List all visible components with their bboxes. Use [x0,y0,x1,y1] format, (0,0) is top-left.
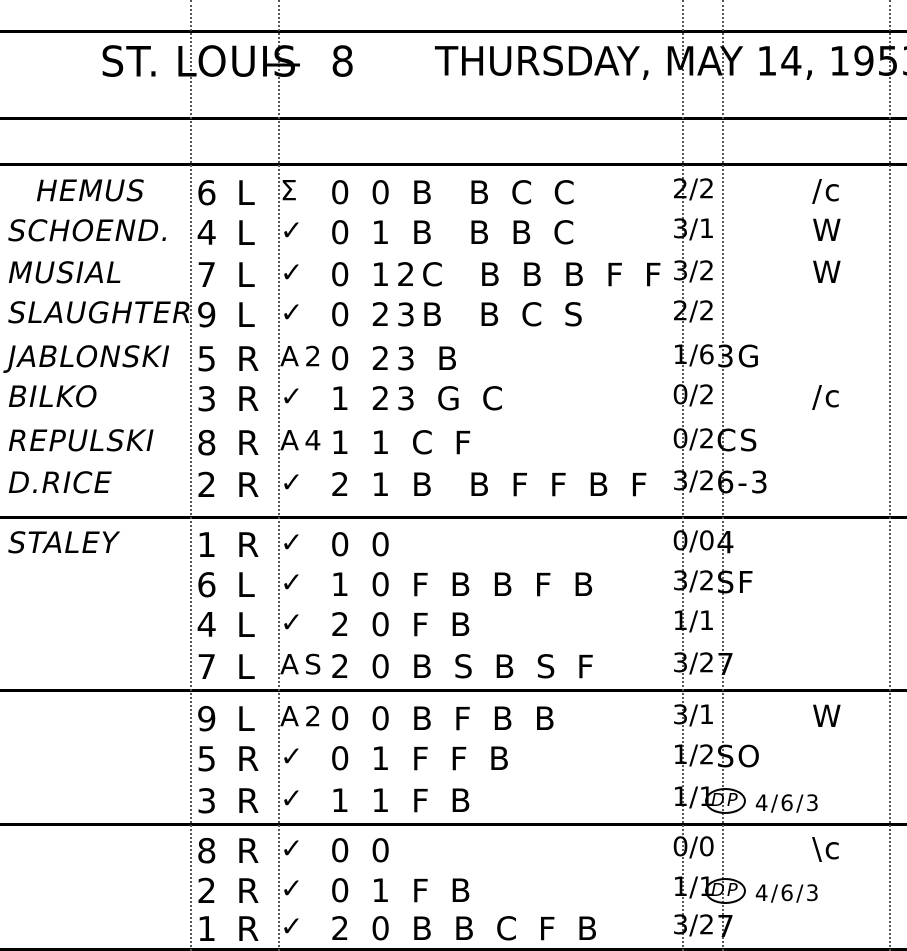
plate-appearance-type: ✓ [280,526,308,559]
dp-circle-icon: DP [705,878,746,904]
result-note: SF [716,566,756,601]
batting-side: R [236,910,262,950]
balls-strikes-count: 3/1 [672,700,715,731]
plate-appearance-type: ✓ [280,832,308,865]
header-separator: — [262,39,303,87]
pitch-sequence: 0 23 B [330,340,463,378]
plate-appearance-type: ✓ [280,466,308,499]
player-row: 9LA20 0 B F B B3/1W [0,700,907,742]
margin-mark: /c [812,174,843,209]
fielding-position: 9 [196,296,220,336]
fielding-position: 6 [196,566,220,606]
double-play-note: DP 4/6/3 [705,782,822,817]
player-row: 5R✓0 1 F F B1/2SO [0,740,907,782]
pitch-sequence: 2 0 F B [330,606,477,644]
player-row: JABLONSKI5RA20 23 B1/63G [0,340,907,382]
result-note: 7 [716,648,737,683]
pitch-sequence: 1 0 F B B F B [330,566,599,604]
player-name: STALEY [8,526,120,560]
player-row: STALEY1R✓0 00/04 [0,526,907,568]
fielding-position: 2 [196,872,220,912]
fielding-position: 4 [196,606,220,646]
balls-strikes-count: 0/2 [672,380,715,411]
fielding-position: 5 [196,740,220,780]
player-row: 2R✓0 1 F B1/1DP 4/6/3 [0,872,907,914]
player-row: BILKO3R✓1 23 G C0/2/c [0,380,907,422]
player-name: SLAUGHTER [8,296,193,330]
balls-strikes-count: 2/2 [672,174,715,205]
player-row: 4L✓2 0 F B1/1 [0,606,907,648]
batting-side: R [236,832,262,872]
batting-side: R [236,782,262,822]
pitch-sequence: 0 0 B B C C [330,174,580,212]
player-name: REPULSKI [8,424,155,458]
result-note: SO [716,740,763,775]
margin-mark: W [812,256,844,291]
fielding-position: 7 [196,256,220,296]
plate-appearance-type: AS [280,648,327,681]
plate-appearance-type: ✓ [280,782,308,815]
player-row: 3R✓1 1 F B1/1DP 4/6/3 [0,782,907,824]
game-number: 8 [330,39,356,87]
plate-appearance-type: ✓ [280,296,308,329]
pitch-sequence: 2 1 B B F F B F [330,466,653,504]
pitch-sequence: 2 0 B S B S F [330,648,600,686]
batting-side: R [236,740,262,780]
player-row: SCHOEND.4L✓0 1 B B B C3/1W [0,214,907,256]
plate-appearance-type: ✓ [280,910,308,943]
batting-side: R [236,872,262,912]
balls-strikes-count: 1/1 [672,606,715,637]
result-note: 3G [716,340,762,375]
batting-side: L [236,606,257,646]
batting-side: R [236,340,262,380]
plate-appearance-type: A2 [280,700,327,733]
player-row: 1R✓2 0 B B C F B3/27 [0,910,907,951]
balls-strikes-count: 0/0 [672,832,715,863]
balls-strikes-count: 3/2 [672,648,715,679]
player-name: HEMUS [36,174,146,208]
batting-side: L [236,566,257,606]
dp-sequence: 4/6/3 [746,792,822,817]
fielding-position: 1 [196,910,220,950]
batting-side: R [236,526,262,566]
batting-side: L [236,296,257,336]
plate-appearance-type: Σ [280,174,303,207]
player-row: REPULSKI8RA41 1 C F0/2CS [0,424,907,466]
margin-mark: W [812,700,844,735]
batting-side: L [236,256,257,296]
margin-mark: \c [812,832,843,867]
player-name: BILKO [8,380,99,414]
plate-appearance-type: A2 [280,340,327,373]
plate-appearance-type: ✓ [280,256,308,289]
player-row: HEMUS6LΣ0 0 B B C C2/2/c [0,174,907,216]
rule-spacer-bottom [0,163,907,166]
balls-strikes-count: 3/1 [672,214,715,245]
result-note: 6-3 [716,466,771,501]
dp-circle-icon: DP [705,788,746,814]
player-row: SLAUGHTER9L✓0 23B B C S2/2 [0,296,907,338]
result-note: 7 [716,910,737,945]
fielding-position: 4 [196,214,220,254]
player-row: 7LAS2 0 B S B S F3/27 [0,648,907,690]
result-note: 4 [716,526,737,561]
balls-strikes-count: 3/2 [672,256,715,287]
player-row: 8R✓0 00/0\c [0,832,907,874]
batting-side: R [236,424,262,464]
pitch-sequence: 0 23B B C S [330,296,589,334]
fielding-position: 9 [196,700,220,740]
fielding-position: 5 [196,340,220,380]
batting-side: R [236,466,262,506]
batting-side: L [236,214,257,254]
double-play-note: DP 4/6/3 [705,872,822,907]
pitch-sequence: 0 0 [330,526,396,564]
player-row: 6L✓1 0 F B B F B3/2SF [0,566,907,608]
plate-appearance-type: ✓ [280,380,308,413]
pitch-sequence: 0 1 B B B C [330,214,580,252]
fielding-position: 6 [196,174,220,214]
pitch-sequence: 1 1 C F [330,424,477,462]
rule-header-bottom [0,117,907,120]
fielding-position: 8 [196,424,220,464]
plate-appearance-type: ✓ [280,214,308,247]
plate-appearance-type: ✓ [280,872,308,905]
pitch-sequence: 0 12C B B B F F [330,256,667,294]
player-name: SCHOEND. [8,214,171,248]
balls-strikes-count: 3/2 [672,466,715,497]
fielding-position: 3 [196,782,220,822]
balls-strikes-count: 3/2 [672,566,715,597]
pitch-sequence: 0 0 B F B B [330,700,561,738]
balls-strikes-count: 0/0 [672,526,715,557]
batting-side: R [236,380,262,420]
game-date: THURSDAY, MAY 14, 1953 [435,39,907,85]
fielding-position: 8 [196,832,220,872]
pitch-sequence: 2 0 B B C F B [330,910,603,948]
fielding-position: 3 [196,380,220,420]
pitch-sequence: 1 23 G C [330,380,509,418]
player-row: MUSIAL7L✓0 12C B B B F F3/2W [0,256,907,298]
plate-appearance-type: ✓ [280,606,308,639]
player-name: D.RICE [8,466,113,500]
batting-side: L [236,648,257,688]
batting-side: L [236,700,257,740]
pitch-sequence: 1 1 F B [330,782,477,820]
result-note: CS [716,424,760,459]
pitch-sequence: 0 1 F B [330,872,477,910]
rule-top [0,30,907,33]
fielding-position: 2 [196,466,220,506]
pitch-sequence: 0 1 F F B [330,740,515,778]
plate-appearance-type: A4 [280,424,327,457]
pitch-sequence: 0 0 [330,832,396,870]
fielding-position: 7 [196,648,220,688]
player-name: JABLONSKI [8,340,171,374]
batting-side: L [236,174,257,214]
balls-strikes-count: 3/2 [672,910,715,941]
dp-sequence: 4/6/3 [746,882,822,907]
player-name: MUSIAL [8,256,123,290]
rule-group-1 [0,516,907,519]
fielding-position: 1 [196,526,220,566]
balls-strikes-count: 1/2 [672,740,715,771]
player-row: D.RICE2R✓2 1 B B F F B F3/26-3 [0,466,907,508]
balls-strikes-count: 2/2 [672,296,715,327]
balls-strikes-count: 1/6 [672,340,715,371]
margin-mark: /c [812,380,843,415]
plate-appearance-type: ✓ [280,740,308,773]
balls-strikes-count: 0/2 [672,424,715,455]
plate-appearance-type: ✓ [280,566,308,599]
margin-mark: W [812,214,844,249]
